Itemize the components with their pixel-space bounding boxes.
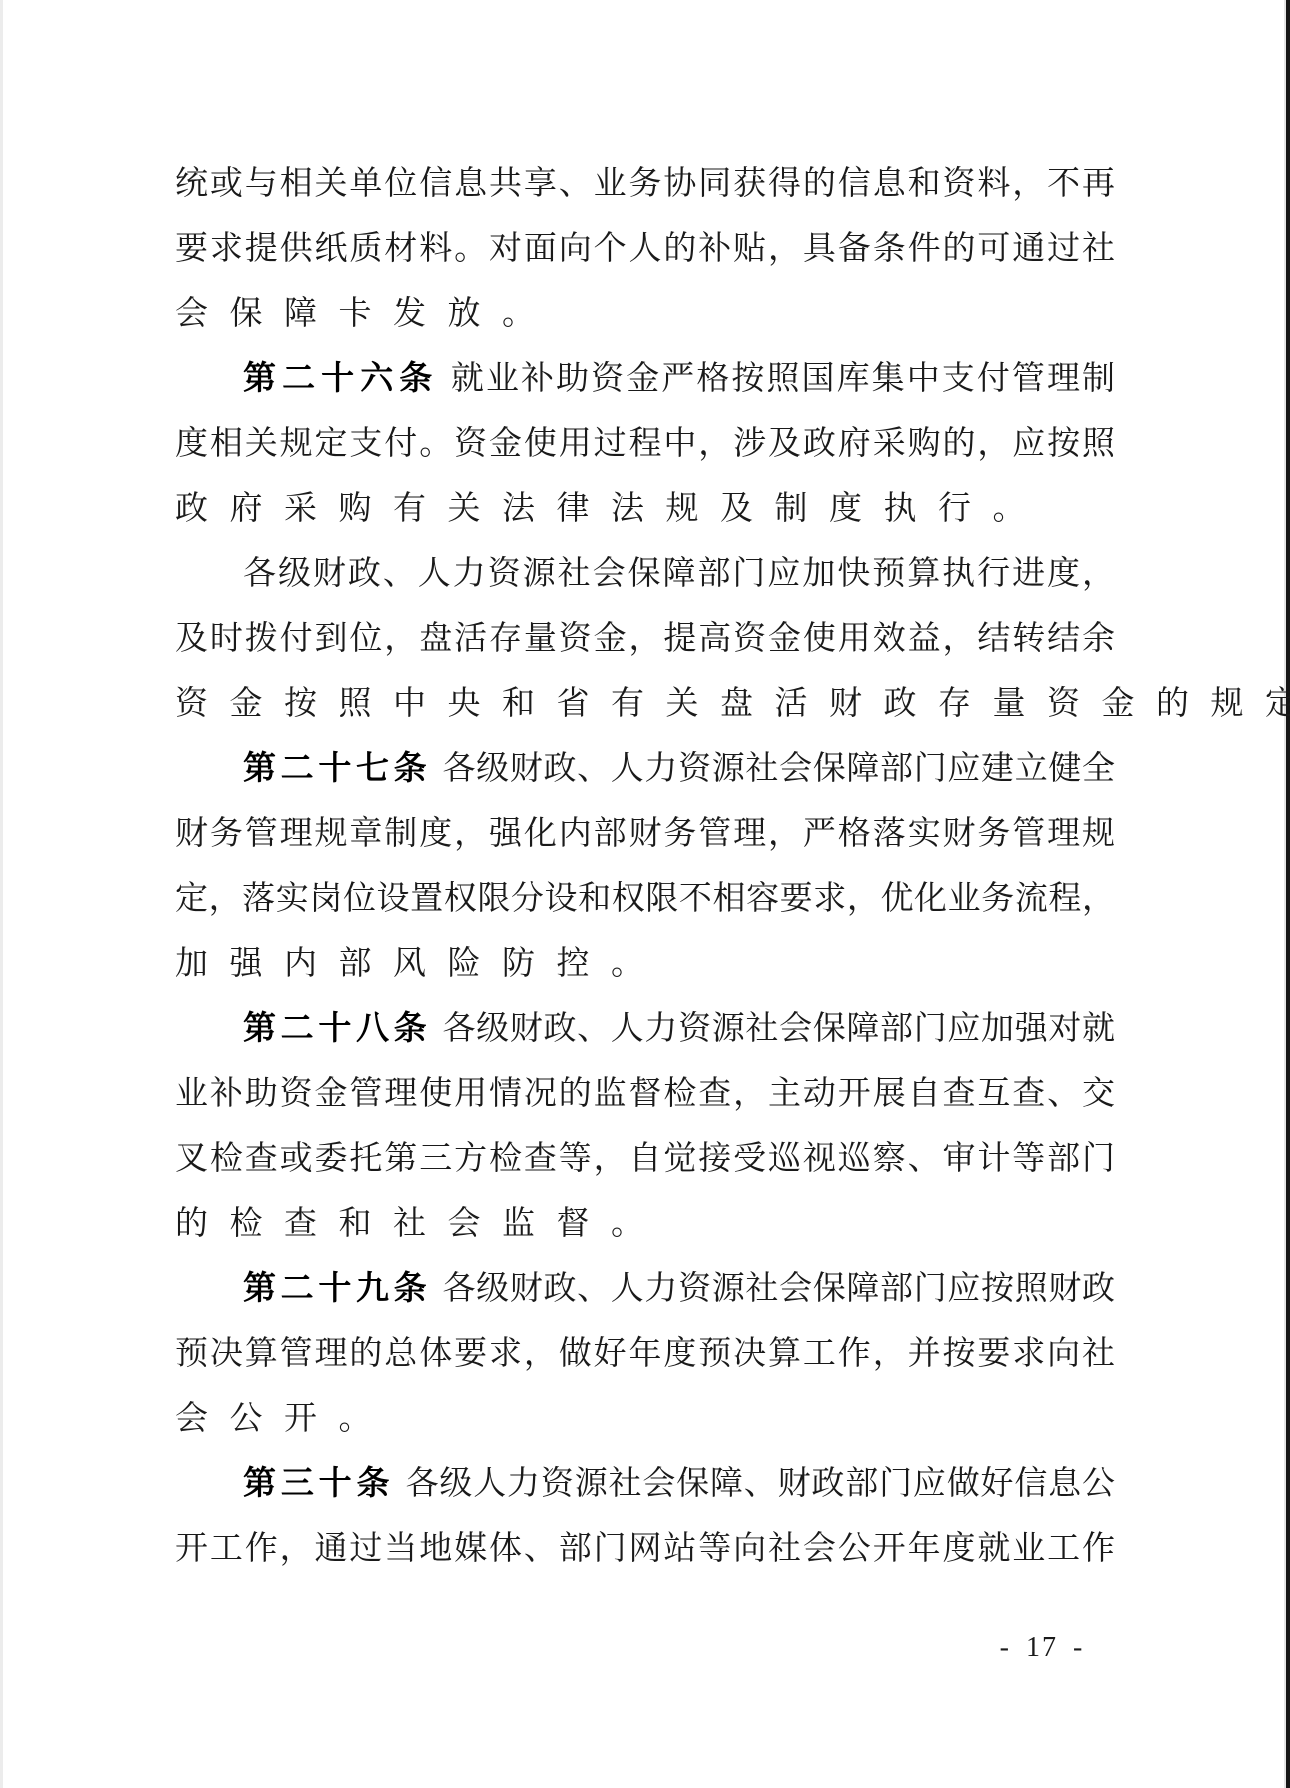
- text-run: 各​级​财​政​、​人​力​资​源​社​会​保​障​部​门​应​建​立​健​全: [442, 748, 1115, 787]
- text-line: 度​相​关​规​定​支​付​。​资​金​使​用​过​程​中​，​涉​及​政​府​…: [175, 410, 1115, 475]
- scan-border-right: [1286, 0, 1290, 1788]
- article-26-first-line: 第​二​十​六​条 就​业​补​助​资​金​严​格​按​照​国​库​集​中​支​…: [175, 345, 1115, 410]
- document-body: 统​或​与​相​关​单​位​信​息​共​享​、​业​务​协​同​获​得​的​信​…: [175, 150, 1115, 1580]
- text-line: 预​决​算​管​理​的​总​体​要​求​，​做​好​年​度​预​决​算​工​作​…: [175, 1320, 1115, 1385]
- text-run: [431, 748, 442, 787]
- article-heading: 第​二​十​九​条: [243, 1268, 431, 1307]
- text-line: 会保障卡发放。: [175, 280, 1115, 345]
- text-line: 定​，​落​实​岗​位​设​置​权​限​分​设​和​权​限​不​相​容​要​求​…: [175, 865, 1115, 930]
- text-line: 开​工​作​，​通​过​当​地​媒​体​、​部​门​网​站​等​向​社​会​公​…: [175, 1515, 1115, 1580]
- text-line: 叉​检​查​或​委​托​第​三​方​检​查​等​，​自​觉​接​受​巡​视​巡​…: [175, 1125, 1115, 1190]
- text-line: 财​务​管​理​规​章​制​度​，​强​化​内​部​财​务​管​理​，​严​格​…: [175, 800, 1115, 865]
- text-line: 资金按照中央和省有关盘活财政存量资金的规定进行管理。: [175, 670, 1115, 735]
- article-heading: 第​二​十​八​条: [243, 1008, 431, 1047]
- article-heading: 第​二​十​七​条: [243, 748, 431, 787]
- text-line: 业​补​助​资​金​管​理​使​用​情​况​的​监​督​检​查​，​主​动​开​…: [175, 1060, 1115, 1125]
- document-page: 统​或​与​相​关​单​位​信​息​共​享​、​业​务​协​同​获​得​的​信​…: [0, 0, 1290, 1788]
- text-run: [431, 1008, 442, 1047]
- text-run: [438, 358, 451, 397]
- text-run: 就​业​补​助​资​金​严​格​按​照​国​库​集​中​支​付​管​理​制: [451, 358, 1115, 397]
- text-line: 加强内部风险防控。: [175, 930, 1115, 995]
- article-27-first-line: 第​二​十​七​条 各​级​财​政​、​人​力​资​源​社​会​保​障​部​门​…: [175, 735, 1115, 800]
- text-line: 的检查和社会监督。: [175, 1190, 1115, 1255]
- text-run: 各​级​财​政​、​人​力​资​源​社​会​保​障​部​门​应​加​强​对​就: [442, 1008, 1115, 1047]
- page-edge-left: [0, 0, 3, 1788]
- article-heading: 第​二​十​六​条: [243, 358, 438, 397]
- text-run: [431, 1268, 442, 1307]
- text-line: 各​级​财​政​、​人​力​资​源​社​会​保​障​部​门​应​加​快​预​算​…: [175, 540, 1115, 605]
- text-run: 各​级​财​政​、​人​力​资​源​社​会​保​障​部​门​应​按​照​财​政: [442, 1268, 1115, 1307]
- page-number: - 17 -: [990, 1632, 1094, 1664]
- text-line: 及​时​拨​付​到​位​，​盘​活​存​量​资​金​，​提​高​资​金​使​用​…: [175, 605, 1115, 670]
- article-30-first-line: 第​三​十​条 各​级​人​力​资​源​社​会​保​障​、​财​政​部​门​应​…: [175, 1450, 1115, 1515]
- article-29-first-line: 第​二​十​九​条 各​级​财​政​、​人​力​资​源​社​会​保​障​部​门​…: [175, 1255, 1115, 1320]
- text-line: 政府采购有关法律法规及制度执行。: [175, 475, 1115, 540]
- text-run: 各​级​人​力​资​源​社​会​保​障​、​财​政​部​门​应​做​好​信​息​…: [406, 1463, 1115, 1502]
- article-28-first-line: 第​二​十​八​条 各​级​财​政​、​人​力​资​源​社​会​保​障​部​门​…: [175, 995, 1115, 1060]
- article-heading: 第​三​十​条: [243, 1463, 394, 1502]
- text-line: 要​求​提​供​纸​质​材​料​。​对​面​向​个​人​的​补​贴​，​具​备​…: [175, 215, 1115, 280]
- text-line: 会公开。: [175, 1385, 1115, 1450]
- text-run: [394, 1463, 405, 1502]
- text-line: 统​或​与​相​关​单​位​信​息​共​享​、​业​务​协​同​获​得​的​信​…: [175, 150, 1115, 215]
